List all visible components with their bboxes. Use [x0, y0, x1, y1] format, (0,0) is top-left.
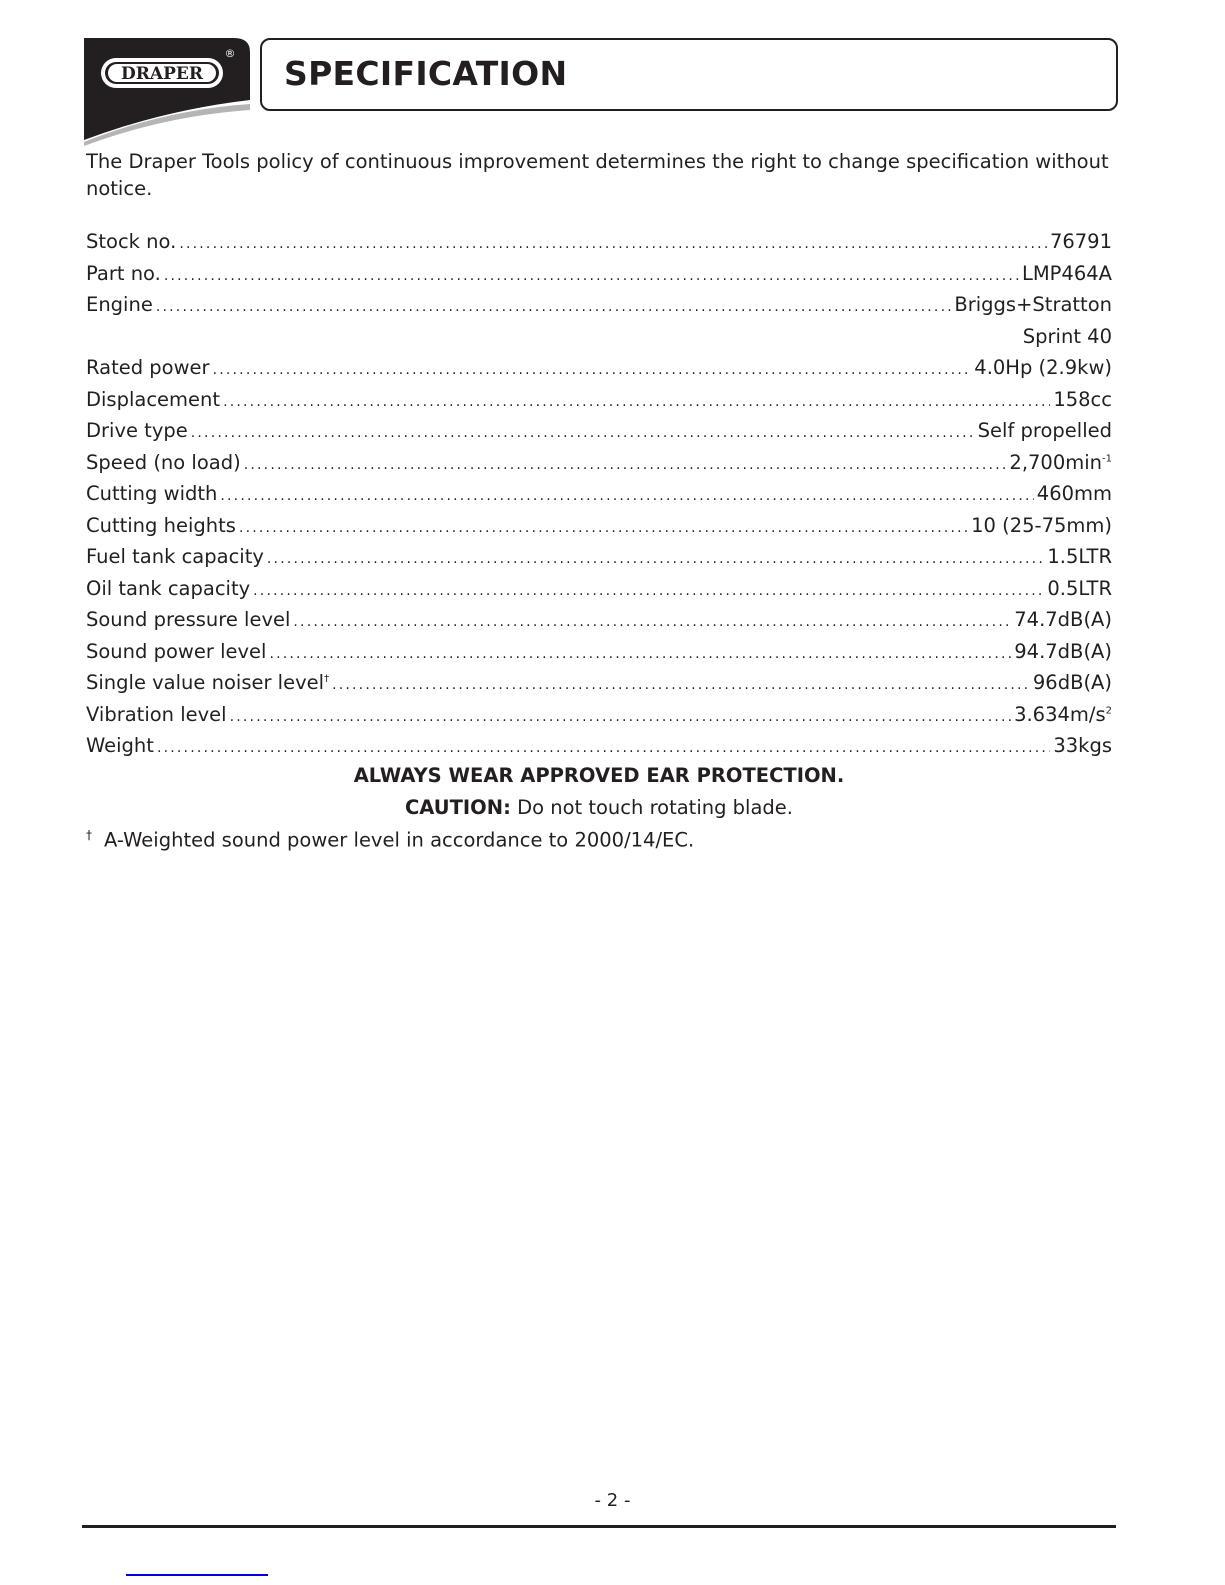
- dot-leader: [223, 387, 1050, 419]
- spec-label-text: Displacement: [86, 388, 220, 411]
- spec-row: Rated power4.0Hp (2.9kw): [86, 352, 1112, 384]
- spec-label-text: Sound pressure level: [86, 608, 290, 631]
- dot-leader: [267, 544, 1044, 576]
- spec-value: 94.7dB(A): [1014, 636, 1112, 668]
- dot-leader: [293, 607, 1011, 639]
- spec-label: Cutting heights: [86, 510, 236, 542]
- spec-label: Weight: [86, 730, 154, 762]
- spec-label: Single value noiser level†: [86, 667, 329, 699]
- ear-protection-warning: ALWAYS WEAR APPROVED EAR PROTECTION.: [86, 764, 1112, 787]
- spec-row: Speed (no load)2,700min-1: [86, 447, 1112, 479]
- spec-value-text: 74.7dB(A): [1014, 608, 1112, 631]
- spec-row: Stock no.76791: [86, 226, 1112, 258]
- dot-leader: [156, 292, 952, 324]
- page-number: - 2 -: [0, 1490, 1225, 1511]
- spec-row-continuation: Sprint 40: [86, 321, 1112, 353]
- dot-leader: [239, 513, 968, 545]
- spec-label-text: Vibration level: [86, 703, 227, 726]
- superscript: -1: [1102, 453, 1112, 464]
- spec-value: LMP464A: [1022, 258, 1112, 290]
- draper-logo-graphic: DRAPER ®: [84, 38, 250, 146]
- dot-leader: [179, 229, 1047, 261]
- spec-value-text: 33kgs: [1053, 734, 1112, 757]
- footnote-text: A-Weighted sound power level in accordan…: [104, 829, 694, 852]
- spec-row: Vibration level3.634m/s2: [86, 699, 1112, 731]
- spec-value: 74.7dB(A): [1014, 604, 1112, 636]
- spec-value: 0.5LTR: [1047, 573, 1112, 605]
- spec-label-text: Weight: [86, 734, 154, 757]
- dagger-mark: †: [324, 674, 329, 685]
- spec-label-text: Fuel tank capacity: [86, 545, 264, 568]
- footer-divider: [82, 1525, 1116, 1528]
- spec-label-text: Speed (no load): [86, 451, 241, 474]
- spec-label-text: Oil tank capacity: [86, 577, 250, 600]
- title-box: SPECIFICATION: [260, 38, 1118, 111]
- spec-label: Vibration level: [86, 699, 227, 731]
- spec-label: Rated power: [86, 352, 210, 384]
- dot-leader: [253, 576, 1044, 608]
- spec-value-text: Briggs+Stratton: [954, 293, 1112, 316]
- spec-label-text: Engine: [86, 293, 153, 316]
- spec-value: Briggs+Stratton: [954, 289, 1112, 321]
- spec-label-text: Single value noiser level: [86, 671, 324, 694]
- spec-value-text: 96dB(A): [1033, 671, 1112, 694]
- spec-label: Speed (no load): [86, 447, 241, 479]
- dagger-mark: †: [86, 828, 92, 842]
- draper-logo: DRAPER ®: [84, 38, 250, 146]
- dot-leader: [220, 481, 1033, 513]
- spec-value: 33kgs: [1053, 730, 1112, 762]
- page-title: SPECIFICATION: [284, 54, 567, 93]
- spec-label: Fuel tank capacity: [86, 541, 264, 573]
- spec-list: Stock no.76791Part no.LMP464AEngineBrigg…: [86, 226, 1112, 762]
- spec-label: Sound power level: [86, 636, 266, 668]
- svg-text:®: ®: [225, 47, 236, 60]
- spec-value-text: 76791: [1050, 230, 1112, 253]
- dot-leader: [213, 355, 972, 387]
- dot-leader: [244, 450, 1007, 482]
- spec-row: Weight33kgs: [86, 730, 1112, 762]
- dot-leader: [332, 670, 1030, 702]
- spec-value: 10 (25-75mm): [971, 510, 1112, 542]
- dot-leader: [191, 418, 975, 450]
- spec-value-text: 4.0Hp (2.9kw): [974, 356, 1112, 379]
- dot-leader: [164, 261, 1019, 293]
- spec-value: 460mm: [1037, 478, 1112, 510]
- footnote: †A-Weighted sound power level in accorda…: [86, 828, 694, 852]
- spec-value: 96dB(A): [1033, 667, 1112, 699]
- spec-value-text: Self propelled: [978, 419, 1112, 442]
- spec-row: Displacement158cc: [86, 384, 1112, 416]
- spec-label: Oil tank capacity: [86, 573, 250, 605]
- spec-row: Fuel tank capacity1.5LTR: [86, 541, 1112, 573]
- spec-row: Cutting heights10 (25-75mm): [86, 510, 1112, 542]
- spec-value-text: 460mm: [1037, 482, 1112, 505]
- spec-label-text: Part no.: [86, 262, 161, 285]
- intro-text: The Draper Tools policy of continuous im…: [86, 148, 1121, 202]
- spec-label: Part no.: [86, 258, 161, 290]
- caution-warning: CAUTION: Do not touch rotating blade.: [86, 796, 1112, 819]
- dot-leader: [269, 639, 1011, 671]
- spec-row: Sound pressure level74.7dB(A): [86, 604, 1112, 636]
- spec-value-text: 94.7dB(A): [1014, 640, 1112, 663]
- spec-value: 2,700min-1: [1009, 447, 1112, 479]
- spec-value: Self propelled: [978, 415, 1112, 447]
- spec-label: Displacement: [86, 384, 220, 416]
- spec-value-text: 158cc: [1053, 388, 1112, 411]
- spec-label-text: Rated power: [86, 356, 210, 379]
- spec-value-text: 0.5LTR: [1047, 577, 1112, 600]
- spec-label-text: Sound power level: [86, 640, 266, 663]
- spec-row: Single value noiser level†96dB(A): [86, 667, 1112, 699]
- spec-label: Cutting width: [86, 478, 217, 510]
- spec-value-text: 3.634m/s: [1014, 703, 1106, 726]
- spec-value: 76791: [1050, 226, 1112, 258]
- caution-label: CAUTION:: [405, 796, 511, 819]
- spec-label-text: Cutting heights: [86, 514, 236, 537]
- spec-value: 158cc: [1053, 384, 1112, 416]
- spec-value: 3.634m/s2: [1014, 699, 1112, 731]
- superscript: 2: [1106, 705, 1112, 716]
- spec-value: 4.0Hp (2.9kw): [974, 352, 1112, 384]
- spec-row: Sound power level94.7dB(A): [86, 636, 1112, 668]
- spec-label: Drive type: [86, 415, 188, 447]
- spec-row: Oil tank capacity0.5LTR: [86, 573, 1112, 605]
- dot-leader: [157, 733, 1050, 765]
- spec-label-text: Cutting width: [86, 482, 217, 505]
- caution-text: Do not touch rotating blade.: [511, 796, 793, 819]
- spec-value-text: 1.5LTR: [1047, 545, 1112, 568]
- spec-label: Sound pressure level: [86, 604, 290, 636]
- spec-row: EngineBriggs+Stratton: [86, 289, 1112, 321]
- link-underline[interactable]: [126, 1574, 268, 1576]
- svg-text:DRAPER: DRAPER: [121, 64, 204, 84]
- spec-label: Engine: [86, 289, 153, 321]
- spec-label: Stock no.: [86, 226, 176, 258]
- spec-row: Drive typeSelf propelled: [86, 415, 1112, 447]
- spec-label-text: Drive type: [86, 419, 188, 442]
- spec-value-text: 2,700min: [1009, 451, 1102, 474]
- spec-value-text: 10 (25-75mm): [971, 514, 1112, 537]
- spec-row: Part no.LMP464A: [86, 258, 1112, 290]
- spec-row: Cutting width460mm: [86, 478, 1112, 510]
- spec-value-continuation: Sprint 40: [1023, 321, 1112, 353]
- spec-label-text: Stock no.: [86, 230, 176, 253]
- dot-leader: [230, 702, 1011, 734]
- spec-value: 1.5LTR: [1047, 541, 1112, 573]
- spec-value-text: LMP464A: [1022, 262, 1112, 285]
